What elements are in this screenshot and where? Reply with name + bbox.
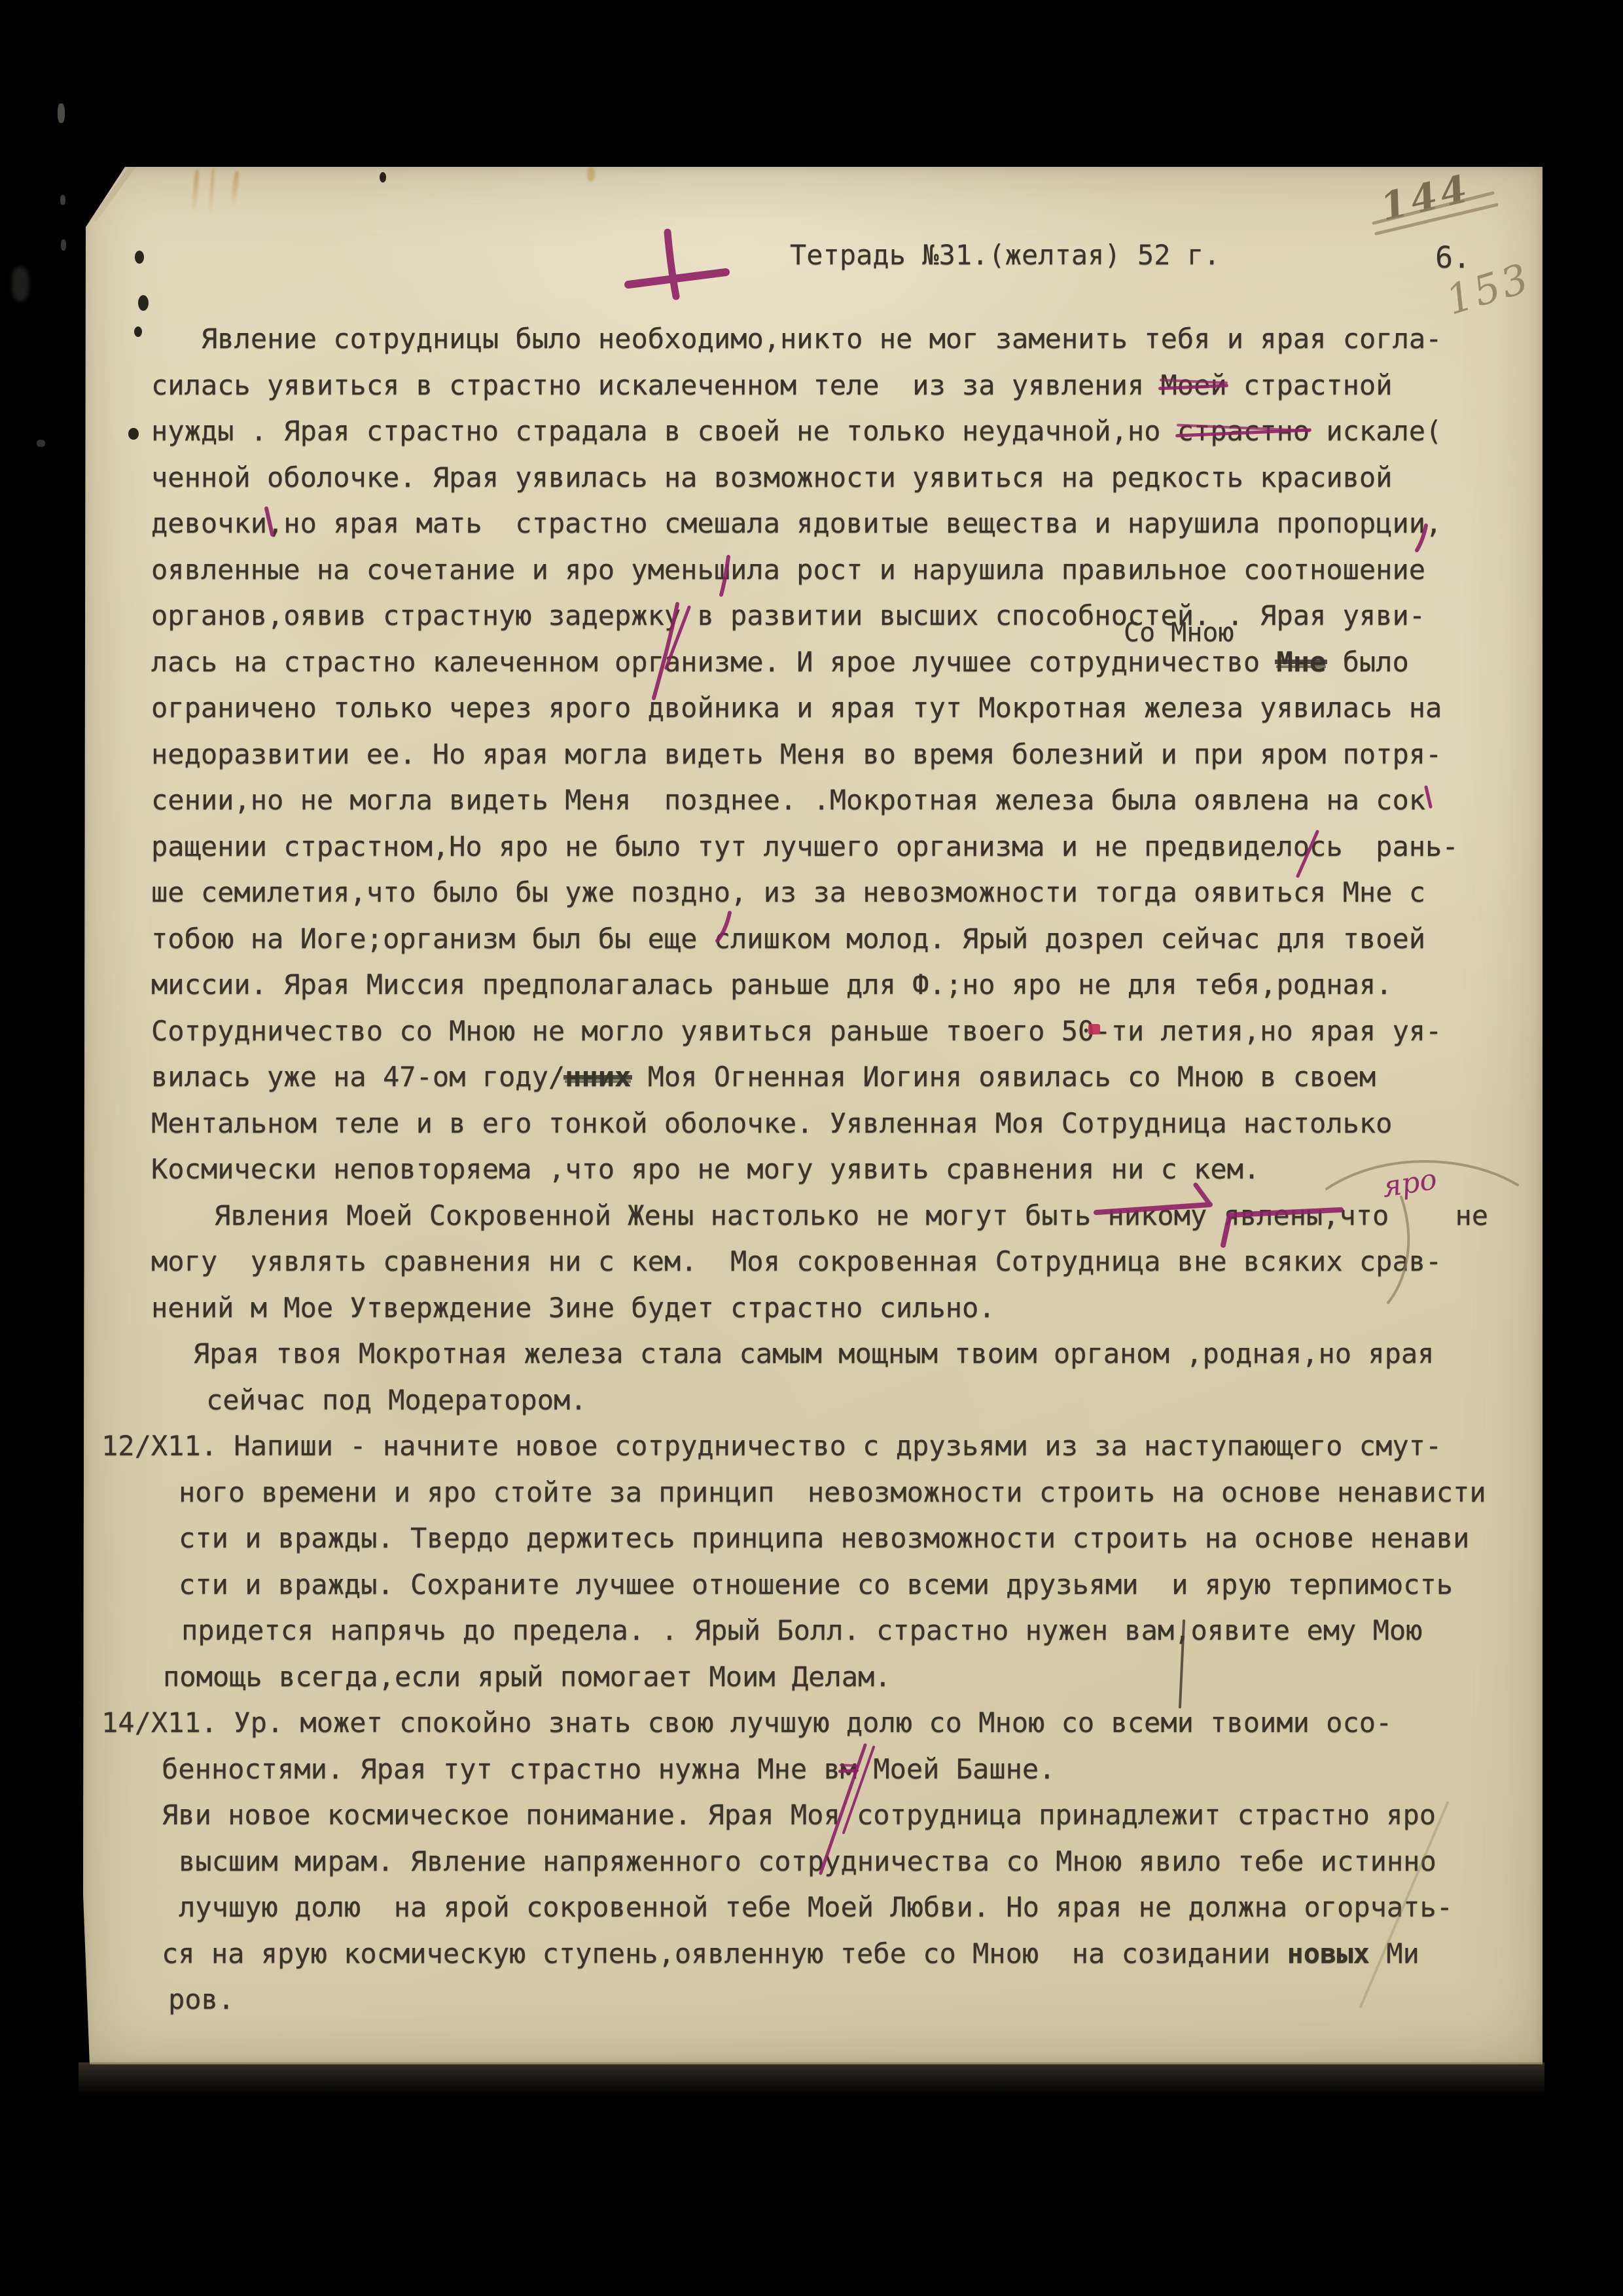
- typed-line: высшим мирам. Явление напряженного сотру…: [179, 1845, 1436, 1878]
- typed-line: оявленные на сочетание и яро уменьшила р…: [151, 554, 1425, 586]
- typed-text: ограничено только через ярого двойника и…: [151, 692, 1442, 724]
- typed-text: недоразвитии ее. Но ярая могла видеть Ме…: [151, 738, 1442, 770]
- typed-line: вилась уже на 47-ом году/нних Моя Огненн…: [151, 1061, 1376, 1093]
- typed-line: Явления Моей Сокровенной Жены настолько …: [214, 1199, 1488, 1232]
- scan-speck: [60, 195, 65, 205]
- typed-line: нужды . Ярая страстно страдала в своей н…: [151, 415, 1442, 448]
- typed-text: страстной: [1227, 369, 1393, 401]
- typed-text: Космически неповторяема ,что яро не могу…: [151, 1153, 1260, 1185]
- typed-text: могу уявлять сравнения ни с кем. Моя сок…: [151, 1245, 1442, 1277]
- typed-text: было: [1326, 646, 1408, 678]
- typed-text: придется напрячь до предела. . Ярый Болл…: [181, 1614, 1422, 1646]
- typed-line: Ментальном теле и в его тонкой оболочке.…: [151, 1107, 1392, 1140]
- typed-text: оявленные на сочетание и яро уменьшила р…: [151, 554, 1425, 586]
- typed-line: ращении страстном,Но яро не было тут луч…: [151, 830, 1459, 863]
- scan-speck: [61, 239, 66, 251]
- struck-word: новых: [1287, 1937, 1369, 1969]
- typed-text: Яви новое космическое понимание. Ярая Мо…: [162, 1799, 1436, 1831]
- scan-speck: [58, 103, 65, 123]
- typed-text: Сотрудничество со Мною не могло уявиться…: [151, 1015, 1442, 1047]
- scan-background: Тетрадь №31.(желтая) 52 г. 6. 144 153 Яв…: [0, 0, 1623, 2296]
- typed-line: помощь всегда,если ярый помогает Моим Де…: [163, 1661, 891, 1693]
- struck-word: Мне: [1276, 646, 1326, 678]
- typed-text: сти и вражды. Сохраните лучшее отношение…: [179, 1568, 1453, 1600]
- typed-text: Моя Огненная Иогиня оявилась со Мною в с…: [631, 1061, 1376, 1093]
- typed-text: тобою на Иоге;организм был бы еще слишко…: [151, 923, 1425, 955]
- typed-line: Сотрудничество со Мною не могло уявиться…: [151, 1015, 1442, 1048]
- typed-text: ращении страстном,Но яро не было тут луч…: [151, 830, 1459, 862]
- typed-text: Явления Моей Сокровенной Жены настолько …: [214, 1199, 1488, 1231]
- document-page: Тетрадь №31.(желтая) 52 г. 6. 144 153 Яв…: [83, 167, 1543, 2064]
- typed-text: высшим мирам. Явление напряженного сотру…: [179, 1845, 1436, 1877]
- typed-line: Яви новое космическое понимание. Ярая Мо…: [162, 1799, 1436, 1831]
- typed-text: ся на ярую космическую ступень,оявленную…: [162, 1937, 1287, 1969]
- typed-text: ного времени и яро стойте за принцип нев…: [179, 1476, 1486, 1508]
- typed-text: силась уявиться в страстно искалеченном …: [151, 369, 1160, 401]
- typed-line: нений м Мое Утверждение Зине будет страс…: [151, 1292, 995, 1324]
- typed-text: Явление сотрудницы было необходимо,никто…: [201, 323, 1442, 355]
- tick-sok: [1426, 787, 1431, 807]
- notebook-title: Тетрадь №31.(желтая) 52 г.: [790, 240, 1220, 270]
- struck-word: Моей: [1160, 369, 1226, 401]
- typed-line: недоразвитии ее. Но ярая могла видеть Ме…: [151, 738, 1442, 771]
- scan-artifact: [79, 2062, 1544, 2096]
- typed-text: сейчас под Модератором.: [206, 1384, 587, 1416]
- typed-line: ного времени и яро стойте за принцип нев…: [179, 1476, 1486, 1509]
- typed-line: тобою на Иоге;организм был бы еще слишко…: [151, 923, 1425, 955]
- typed-text: 12/Х11. Напиши - начните новое сотруднич…: [101, 1430, 1442, 1462]
- typed-line: ся на ярую космическую ступень,оявленную…: [162, 1937, 1419, 1970]
- rust-stain: [191, 169, 200, 213]
- typed-line: сти и вражды. Сохраните лучшее отношение…: [179, 1568, 1453, 1601]
- struck-word: нних: [565, 1061, 631, 1093]
- typed-line: сти и вражды. Твердо держитесь принципа …: [179, 1522, 1469, 1555]
- typed-text: ше семилетия,что было бы уже поздно, из …: [151, 876, 1425, 908]
- title-cross-horizontal: [628, 272, 726, 285]
- struck-word: страстно: [1177, 415, 1310, 447]
- typed-line: Космически неповторяема ,что яро не могу…: [151, 1153, 1260, 1186]
- typed-line: Ярая твоя Мокротная железа стала самым м…: [193, 1337, 1434, 1370]
- typed-text: нений м Мое Утверждение Зине будет страс…: [151, 1292, 995, 1324]
- typed-text: бенностями. Ярая тут страстно нужна Мне …: [162, 1753, 840, 1785]
- scan-speck: [37, 440, 45, 447]
- scan-speck: [12, 267, 29, 301]
- struck-word: м: [840, 1753, 857, 1785]
- typed-line: девочки,но ярая мать страстно смешала яд…: [151, 507, 1442, 540]
- typed-text: сти и вражды. Твердо держитесь принципа …: [179, 1522, 1469, 1554]
- typed-text: лучшую долю на ярой сокровенной тебе Мое…: [179, 1891, 1453, 1923]
- typed-line: лучшую долю на ярой сокровенной тебе Мое…: [179, 1891, 1453, 1924]
- typed-line: лась на страстно калеченном организме. И…: [151, 646, 1409, 679]
- typed-text: Ярая твоя Мокротная железа стала самым м…: [193, 1337, 1434, 1369]
- typed-text: нужды . Ярая страстно страдала в своей н…: [151, 415, 1177, 447]
- typed-line: сении,но не могла видеть Меня позднее. .…: [151, 784, 1425, 817]
- typed-line: силась уявиться в страстно искалеченном …: [151, 369, 1393, 402]
- typed-text: сении,но не могла видеть Меня позднее. .…: [151, 784, 1425, 816]
- typed-text: Ми: [1370, 1937, 1419, 1969]
- handwritten-insertion-yaro: яро: [1380, 1165, 1439, 1203]
- handwritten-page-number-crossed: 144: [1377, 169, 1474, 226]
- typed-page-number: 6.: [1435, 241, 1471, 274]
- typed-line: 12/Х11. Напиши - начните новое сотруднич…: [101, 1430, 1442, 1462]
- typed-text: миссии. Ярая Миссия предполагалась раньш…: [151, 968, 1392, 1000]
- typed-line: бенностями. Ярая тут страстно нужна Мне …: [162, 1753, 1055, 1786]
- title-cross-vertical: [668, 232, 676, 296]
- typed-text: лась на страстно калеченном организме. И…: [151, 646, 1276, 678]
- typed-line: сейчас под Модератором.: [206, 1384, 587, 1417]
- typed-text: ров.: [168, 1983, 234, 2015]
- rust-stain: [587, 167, 595, 181]
- typed-line: 14/Х11. Ур. может спокойно знать свою лу…: [101, 1706, 1392, 1739]
- typed-line: ограничено только через ярого двойника и…: [151, 692, 1442, 724]
- typed-line: ше семилетия,что было бы уже поздно, из …: [151, 876, 1425, 909]
- typed-line: придется напрячь до предела. . Ярый Болл…: [181, 1614, 1422, 1647]
- typed-insertion-so-mnoyu: Со Мною: [1124, 620, 1234, 646]
- typed-text: ченной оболочке. Ярая уявилась на возмож…: [151, 461, 1392, 493]
- typed-text: вилась уже на 47-ом году/: [151, 1061, 565, 1093]
- typed-line: Явление сотрудницы было необходимо,никто…: [201, 323, 1442, 355]
- typed-line: ров.: [168, 1983, 234, 2016]
- typed-text: Моей Башне.: [857, 1753, 1055, 1785]
- typed-text: Ментальном теле и в его тонкой оболочке.…: [151, 1107, 1392, 1139]
- rust-stain: [209, 168, 215, 218]
- paper-stain: [299, 533, 469, 651]
- typed-line: миссии. Ярая Миссия предполагалась раньш…: [151, 968, 1392, 1001]
- typed-text: искале(: [1310, 415, 1442, 447]
- typed-text: 14/Х11. Ур. может спокойно знать свою лу…: [101, 1706, 1392, 1739]
- typed-line: могу уявлять сравнения ни с кем. Моя сок…: [151, 1245, 1442, 1278]
- rust-stain: [230, 171, 240, 208]
- paper-corner-fold: [91, 157, 140, 222]
- typed-line: ченной оболочке. Ярая уявилась на возмож…: [151, 461, 1392, 494]
- typed-text: девочки,но ярая мать страстно смешала яд…: [151, 507, 1442, 539]
- typed-text: помощь всегда,если ярый помогает Моим Де…: [163, 1661, 891, 1693]
